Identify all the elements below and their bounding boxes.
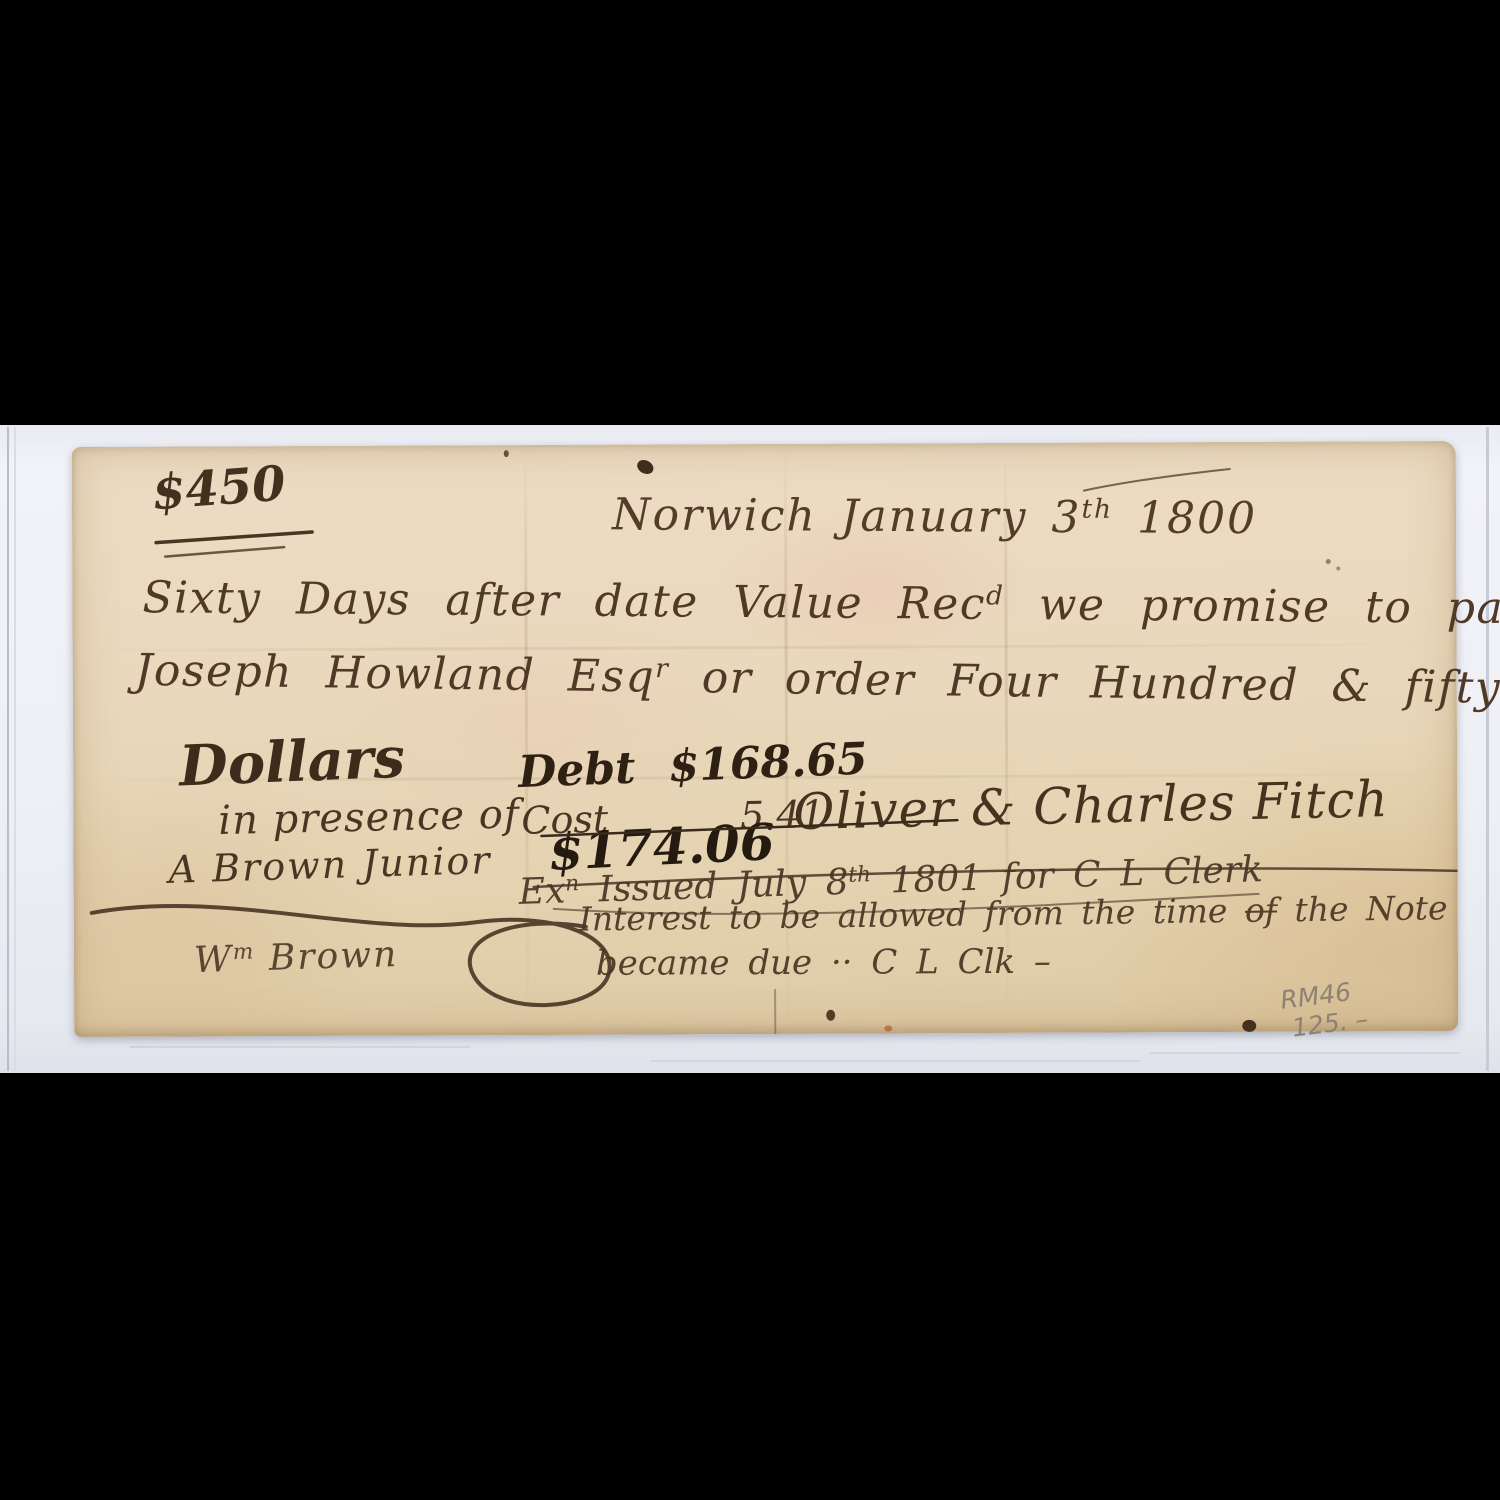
dateline-place: Norwich [612, 489, 817, 541]
witness-label: in presence of [218, 794, 520, 841]
promise-line-sup: d [986, 580, 1005, 611]
debt-label: Debt [517, 743, 636, 799]
payee-line: Joseph Howland Esqr or order Four Hundre… [135, 649, 1500, 711]
witness-signature-a: W [193, 939, 233, 981]
sleeve-crease-left [14, 427, 16, 1071]
interest-text-a: Interest to be allowed from the time [579, 891, 1246, 939]
ink-speck-top [504, 450, 509, 457]
photo-of-promissory-note: $450 Norwich January 3th 1800 Sixty Days… [0, 0, 1500, 1500]
date-end-dot-1 [1326, 559, 1331, 564]
execution-sup-2: th [848, 862, 871, 888]
principal-signature: Oliver & Charles Fitch [793, 774, 1389, 837]
dollars-word: Dollars [178, 730, 406, 795]
promise-line-text: Sixty Days after date Value Rec [142, 572, 986, 630]
promise-line: Sixty Days after date Value Recd we prom… [142, 576, 1500, 631]
red-stain-bottom [884, 1025, 892, 1031]
witness-signature-b: Brown [255, 934, 399, 979]
sleeve-edge-right [1486, 427, 1489, 1071]
amount-underline-2 [165, 547, 284, 557]
interest-struck-word: of [1245, 890, 1278, 929]
amount-header: $450 [150, 459, 287, 517]
ink-blot-top [635, 457, 656, 476]
dateline-day: 3 [1051, 492, 1081, 543]
witness-signature: Wm Brown [193, 937, 398, 979]
ink-blot-bottom-right [1242, 1020, 1256, 1032]
interest-line-2: became due ·· C L Clk – [596, 945, 1051, 981]
payee-line-text: Joseph Howland Esq [134, 645, 655, 703]
interest-line-1: Interest to be allowed from the time of … [579, 891, 1448, 935]
promissory-note-paper: $450 Norwich January 3th 1800 Sixty Days… [72, 441, 1459, 1037]
ink-blob-bottom-center [826, 1010, 835, 1021]
promise-line-text-b: we promise to pay [1004, 579, 1500, 634]
dateline: Norwich January 3th 1800 [612, 493, 1257, 541]
payee-line-text-b: or order Four Hundred & fifty [669, 652, 1500, 714]
amount-underline-1 [156, 532, 312, 543]
execution-text-a: Ex [518, 870, 566, 912]
sleeve-crease-bottom-3 [1150, 1052, 1460, 1054]
date-end-dot-2 [1336, 566, 1340, 570]
dateline-year: 1800 [1137, 492, 1257, 544]
sleeve-crease-bottom-1 [130, 1046, 470, 1048]
execution-sup-1: n [565, 871, 580, 896]
fold-crease-vertical-1 [524, 445, 530, 1035]
sleeve-edge-left [7, 427, 9, 1071]
dateline-day-suffix: th [1081, 494, 1113, 525]
witness-name: A Brown Junior [168, 841, 492, 889]
payee-line-sup: r [655, 653, 670, 684]
pencil-catalog-note: RM46 125. – [1279, 976, 1370, 1044]
fold-crease-bottom-mark [774, 989, 776, 1034]
witness-signature-sup: m [232, 939, 255, 965]
interest-text-b: the Note [1277, 888, 1448, 929]
dateline-month: January [841, 491, 1028, 543]
date-suffix-stroke [1084, 469, 1230, 491]
sleeve-crease-bottom-2 [650, 1060, 1140, 1062]
